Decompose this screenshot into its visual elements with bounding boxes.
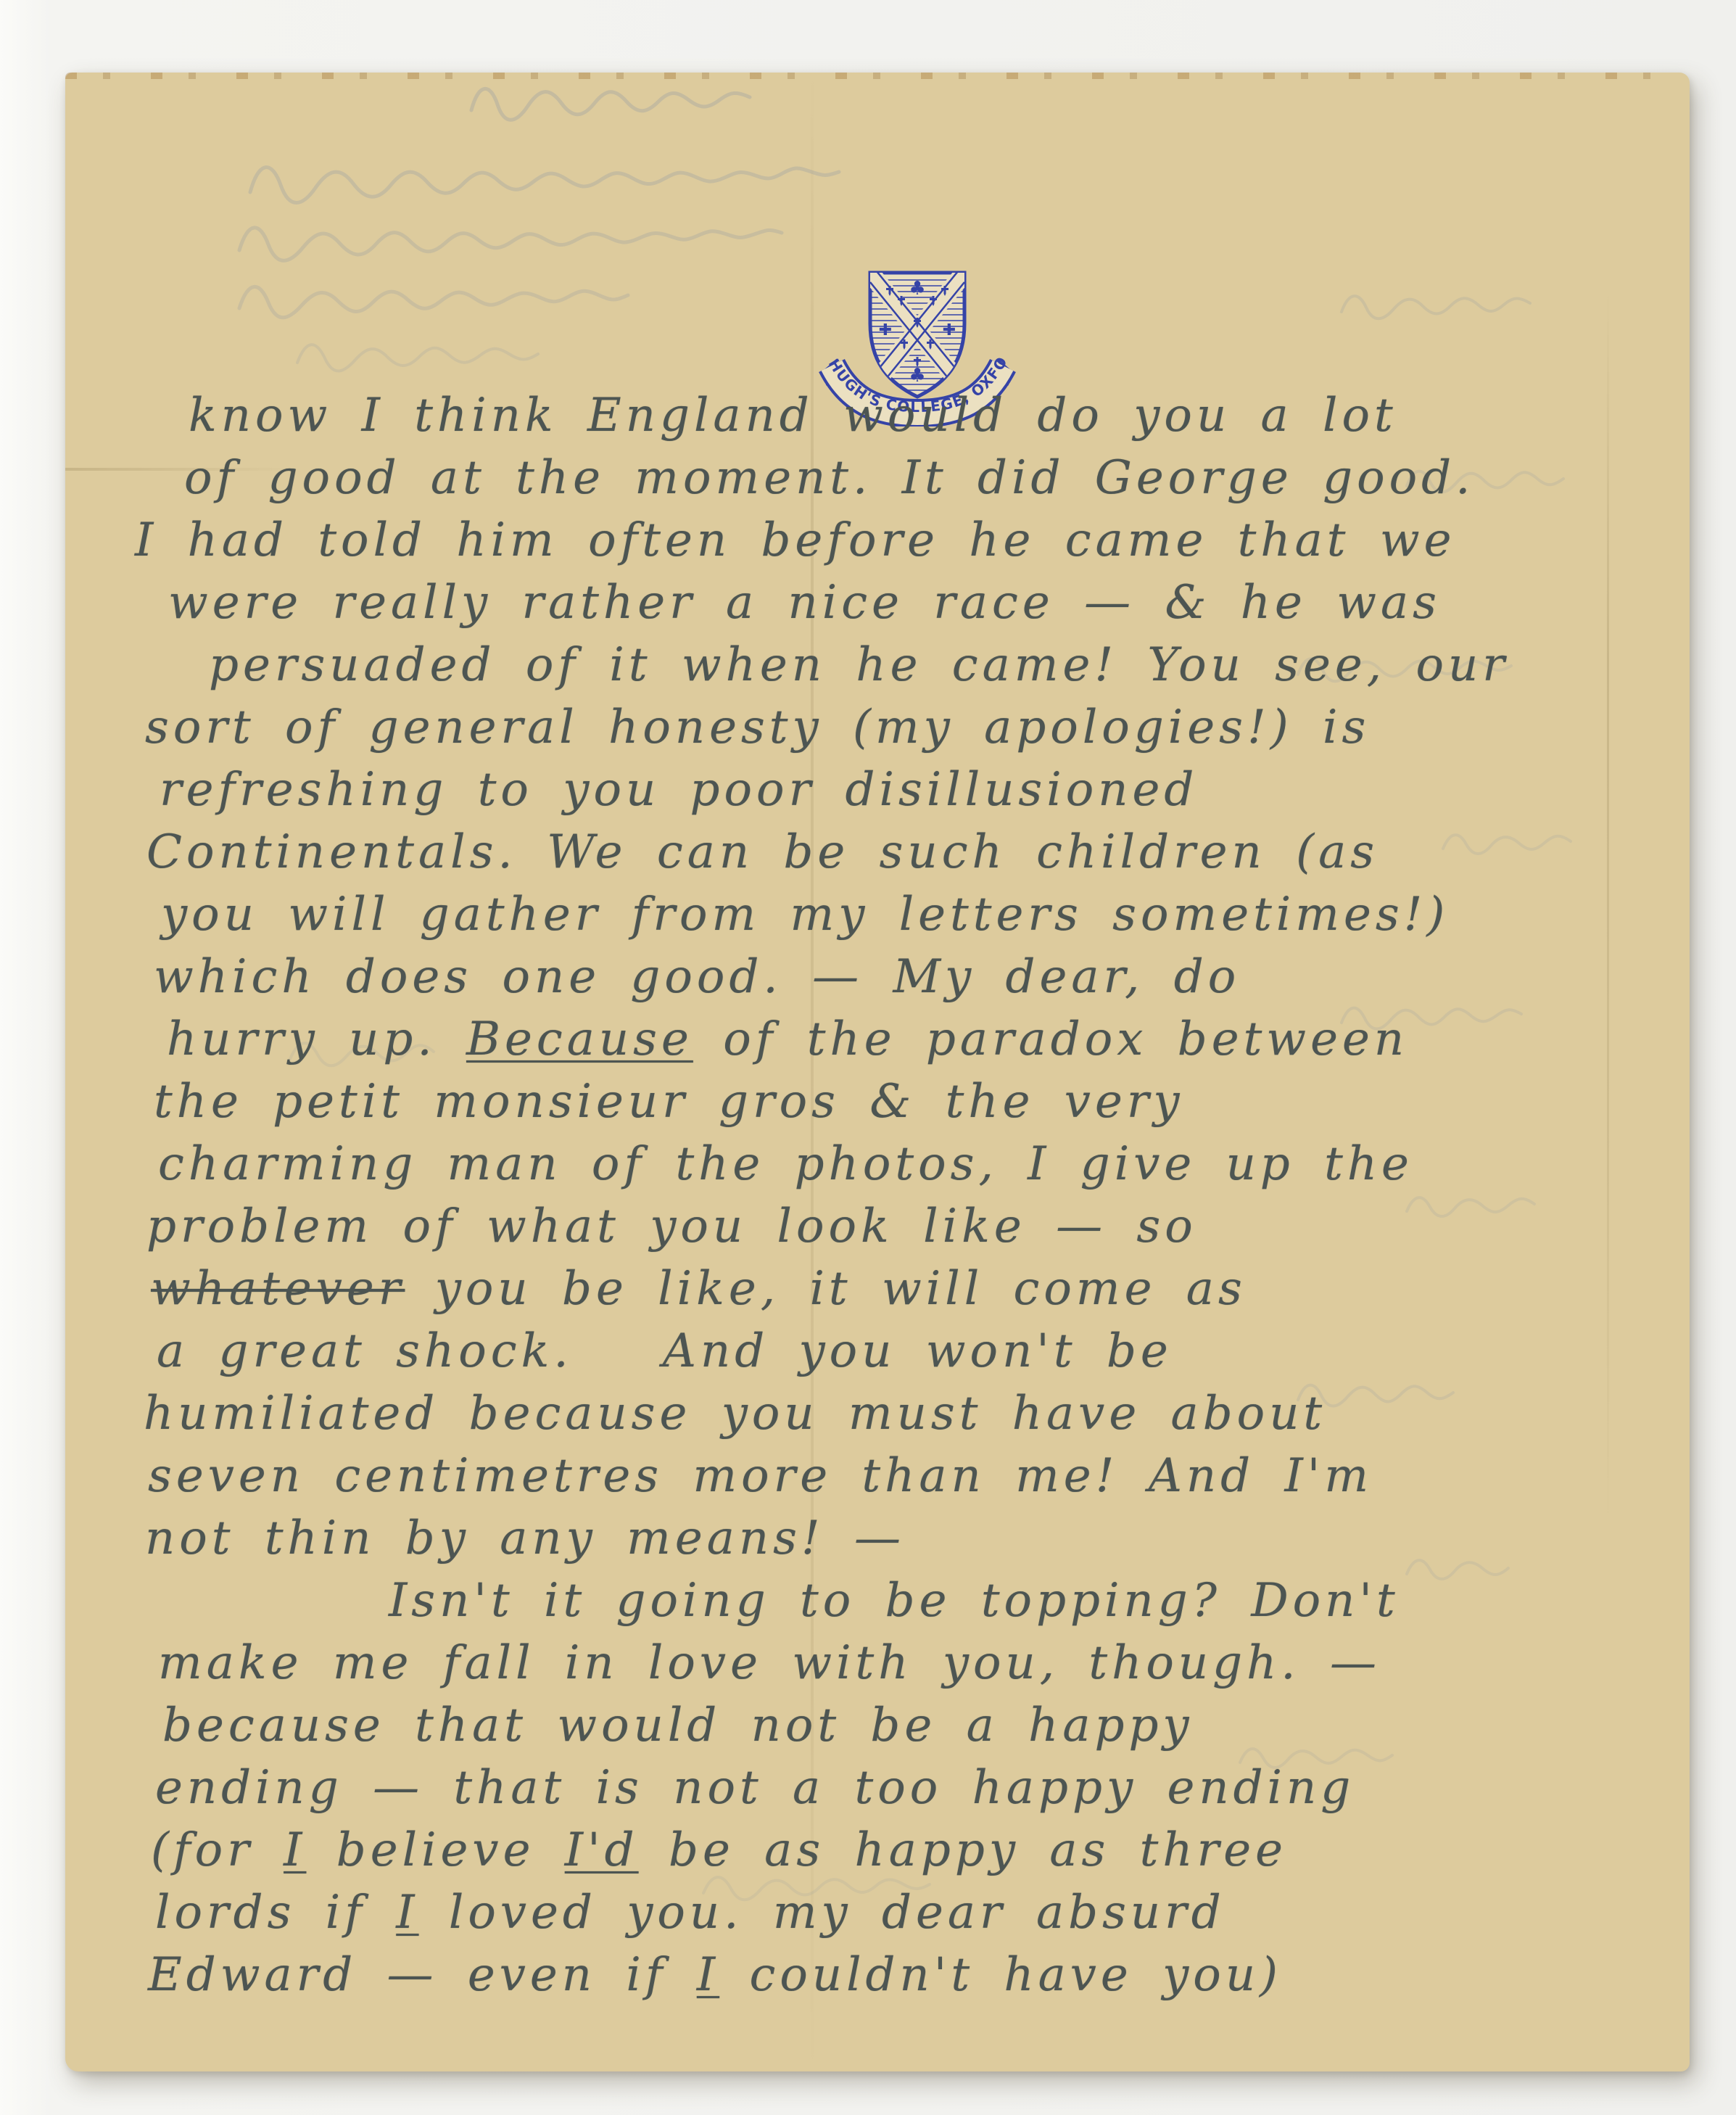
svg-text:♣: ♣ (909, 278, 925, 300)
letter-line: problem of what you look like — so (146, 1195, 1617, 1258)
letter-line: whatever you be like, it will come as (151, 1258, 1617, 1320)
letter-body: know I think England would do you a loto… (189, 384, 1617, 2006)
letter-line: charming man of the photos, I give up th… (158, 1133, 1617, 1195)
letter-line: humiliated because you must have about (144, 1382, 1617, 1445)
letter-line: lords if I loved you. my dear absurd (155, 1881, 1617, 1944)
letter-line: of good at the moment. It did George goo… (184, 447, 1617, 509)
letter-line: the petit monsieur gros & the very (154, 1071, 1617, 1133)
letter-line: persuaded of it when he came! You see, o… (209, 634, 1617, 696)
letter-line: (for I believe I'd be as happy as three (151, 1819, 1617, 1881)
letter-line: which does one good. — My dear, do (154, 946, 1617, 1008)
letter-line: were really rather a nice race — & he wa… (168, 572, 1617, 634)
svg-text:♣: ♣ (909, 365, 925, 387)
letter-line: Edward — even if I couldn't have you) (148, 1944, 1617, 2006)
svg-text:✚: ✚ (879, 321, 892, 339)
scanned-letter-page: ♣ ♣ ✚ ✚ ST HUGH'S C (0, 0, 1736, 2115)
letter-line: because that would not be a happy (162, 1694, 1617, 1757)
letter-line: make me fall in love with you, though. — (158, 1632, 1617, 1694)
letter-line: hurry up. Because of the paradox between (167, 1008, 1617, 1071)
letter-line: I had told him often before he came that… (135, 509, 1617, 572)
svg-text:✚: ✚ (943, 321, 956, 339)
letter-line: Isn't it going to be topping? Don't (389, 1570, 1617, 1632)
letter-line: refreshing to you poor disillusioned (160, 759, 1617, 821)
letter-line: ending — that is not a too happy ending (155, 1757, 1617, 1819)
letter-line: you will gather from my letters sometime… (161, 883, 1617, 946)
letter-sheet: ♣ ♣ ✚ ✚ ST HUGH'S C (65, 73, 1690, 2071)
letter-line: not thin by any means! — (145, 1507, 1617, 1570)
letter-line: seven centimetres more than me! And I'm (148, 1445, 1617, 1507)
letter-line: sort of general honesty (my apologies!) … (145, 696, 1617, 759)
letter-line: know I think England would do you a lot (189, 384, 1617, 447)
letter-line: Continentals. We can be such children (a… (146, 821, 1617, 883)
letter-line: a great shock. And you won't be (157, 1320, 1617, 1382)
torn-paper-edge (65, 73, 1690, 79)
